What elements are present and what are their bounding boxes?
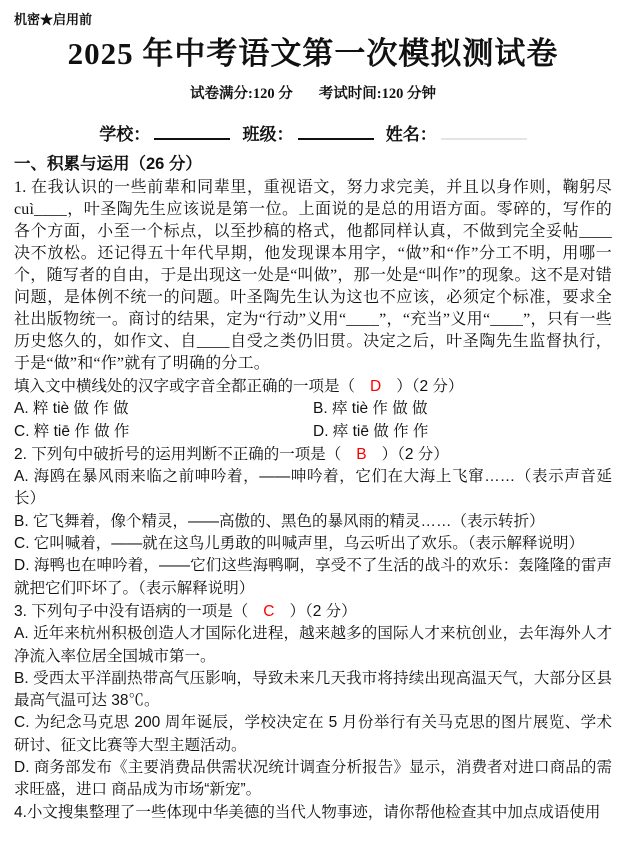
question-1-answer: D: [370, 378, 381, 395]
class-label: 班级：: [243, 125, 294, 144]
student-info-line: 学校： 班级： 姓名：: [14, 123, 612, 146]
subtitle-score: 试卷满分:120 分: [190, 86, 293, 102]
name-label: 姓名：: [386, 125, 437, 144]
question-2-stem-after: ）（2 分）: [382, 446, 449, 463]
question-2-option-c: C. 它叫喊着，——就在这鸟儿勇敢的叫喊声里，乌云听出了欢乐。（表示解释说明）: [14, 533, 612, 555]
exam-paper-page: 机密★启用前 2025 年中考语文第一次模拟测试卷 试卷满分:120 分考试时间…: [0, 0, 626, 843]
question-2-option-a: A. 海鸥在暴风雨来临之前呻吟着，——呻吟着，它们在大海上飞窜……（表示声音延长…: [14, 466, 612, 511]
question-1-passage: 1. 在我认识的一些前辈和同辈里，重视语文，努力求完美，并且以身作则，鞠躬尽 c…: [14, 177, 612, 375]
question-3-option-b: B. 受西太平洋副热带高气压影响，导致未来几天我市将持续出现高温天气，大部分区县…: [14, 668, 612, 713]
name-blank-field: [441, 123, 527, 140]
school-label: 学校：: [99, 125, 150, 144]
question-3-option-c: C. 为纪念马克思 200 周年诞辰，学校决定在 5 月份举行有关马克思的图片展…: [14, 712, 612, 757]
question-1-stem-before: 填入文中横线处的汉字或字音全都正确的一项是（: [14, 378, 355, 395]
section-1-heading: 一、积累与运用（26 分）: [14, 153, 612, 175]
classified-label: 机密★启用前: [14, 12, 612, 28]
question-2-stem-before: 2. 下列句中破折号的运用判断不正确的一项是（: [14, 446, 341, 463]
exam-title: 2025 年中考语文第一次模拟测试卷: [14, 36, 612, 72]
question-2-option-d: D. 海鸭也在呻吟着，——它们这些海鸭啊，享受不了生活的战斗的欢乐：轰隆隆的雷声…: [14, 555, 612, 600]
question-1-options-row-1: A. 粹 tiè 做 作 做 B. 瘁 tiè 作 做 做: [14, 398, 612, 420]
class-blank-field: [298, 123, 374, 140]
question-2-answer: B: [356, 446, 366, 463]
question-3-stem: 3. 下列句子中没有语病的一项是（C）（2 分）: [14, 601, 612, 623]
question-4-text: 4.小文搜集整理了一些体现中华美德的当代人物事迹，请你帮他检查其中加点成语使用: [14, 802, 612, 824]
question-1-stem: 填入文中横线处的汉字或字音全都正确的一项是（D）（2 分）: [14, 376, 612, 398]
question-1-options-row-2: C. 粹 tiē 作 做 作 D. 瘁 tiē 做 作 作: [14, 421, 612, 443]
question-3-option-a: A. 近年来杭州积极创造人才国际化进程，越来越多的国际人才来杭创业，去年海外人才…: [14, 623, 612, 668]
question-3-answer: C: [263, 603, 274, 620]
question-1-stem-after: ）（2 分）: [396, 378, 463, 395]
question-2-stem: 2. 下列句中破折号的运用判断不正确的一项是（B）（2 分）: [14, 444, 612, 466]
school-blank-field: [154, 123, 230, 140]
question-3-option-d: D. 商务部发布《主要消费品供需状况统计调查分析报告》显示，消费者对进口商品的需…: [14, 757, 612, 802]
subtitle-time: 考试时间:120 分钟: [319, 86, 436, 102]
question-1-option-a: A. 粹 tiè 做 作 做: [14, 398, 313, 420]
question-1-option-c: C. 粹 tiē 作 做 作: [14, 421, 313, 443]
question-3-stem-before: 3. 下列句子中没有语病的一项是（: [14, 603, 248, 620]
exam-subtitle: 试卷满分:120 分考试时间:120 分钟: [14, 85, 612, 103]
question-3-stem-after: ）（2 分）: [289, 603, 356, 620]
question-1-option-b: B. 瘁 tiè 作 做 做: [313, 398, 612, 420]
question-2-option-b: B. 它飞舞着，像个精灵，——高傲的、黑色的暴风雨的精灵……（表示转折）: [14, 511, 612, 533]
question-1-option-d: D. 瘁 tiē 做 作 作: [313, 421, 612, 443]
